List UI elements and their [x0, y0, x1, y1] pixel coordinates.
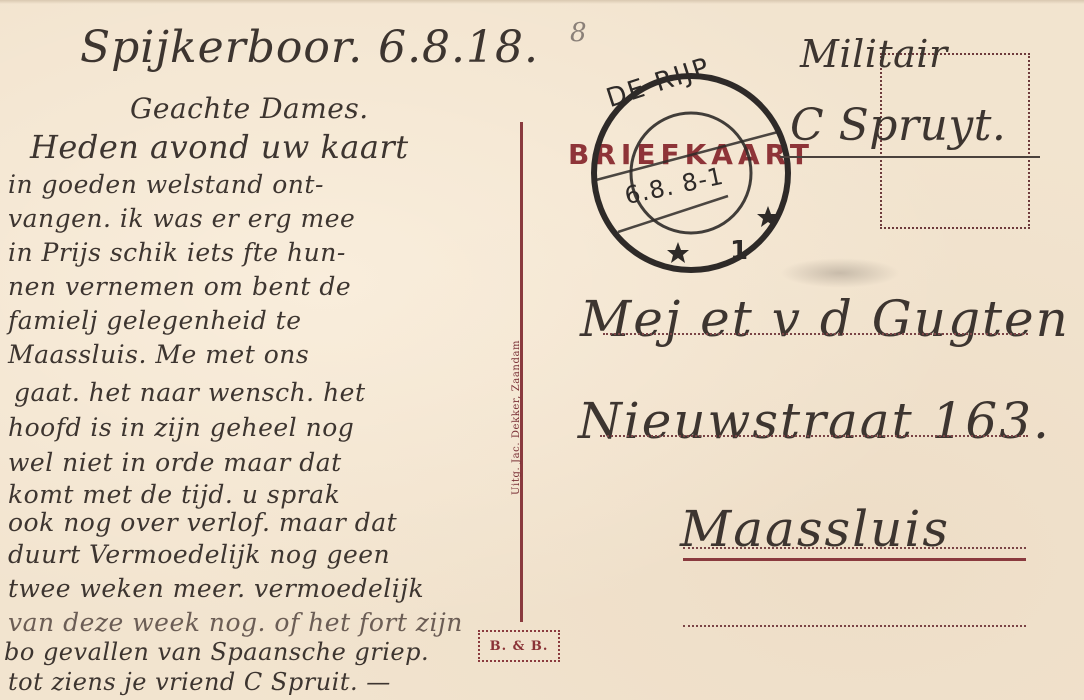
- message-place-date: Spijkerboor. 6.8.18.: [80, 22, 539, 73]
- address-dotted-line: [603, 333, 1028, 335]
- ink-smudge: [780, 258, 900, 288]
- message-line: Heden avond uw kaart: [30, 128, 409, 166]
- address-line-2: C Spruyt.: [790, 100, 1006, 151]
- message-line: nen vernemen om bent de: [8, 272, 351, 301]
- publisher-mark-text: B. & B.: [490, 639, 549, 654]
- address-line-5: Maassluis: [680, 500, 950, 558]
- message-line: hoofd is in zijn geheel nog: [8, 413, 354, 442]
- address-line-4: Nieuwstraat 163.: [578, 392, 1051, 450]
- publisher-mark: B. & B.: [478, 630, 560, 662]
- message-line: wel niet in orde maar dat: [8, 448, 342, 477]
- message-line: twee weken meer. vermoedelijk: [8, 574, 424, 603]
- message-line: in goeden welstand ont-: [8, 170, 324, 199]
- message-line: van deze week nog. of het fort zijn: [8, 608, 463, 637]
- message-line: ook nog over verlof. maar dat: [8, 508, 397, 537]
- postcard: 8 Spijkerboor. 6.8.18. Geachte Dames. He…: [0, 0, 1084, 700]
- address-line-3: Mej et v d Gugten: [580, 290, 1070, 348]
- underline-stroke: [780, 156, 1040, 158]
- message-line: gaat. het naar wensch. het: [14, 378, 366, 407]
- message-line: bo gevallen van Spaansche griep.: [4, 638, 429, 666]
- address-solid-rule: [683, 558, 1026, 561]
- address-dotted-line: [683, 625, 1026, 627]
- publisher-imprint: Uitg. Jac. Dekker, Zaandam: [511, 340, 522, 495]
- corner-number: 8: [570, 18, 587, 48]
- message-line: Maassluis. Me met ons: [8, 340, 309, 369]
- message-line: duurt Vermoedelijk nog geen: [8, 540, 390, 569]
- message-line: in Prijs schik iets fte hun-: [8, 238, 346, 267]
- message-line: vangen. ik was er erg mee: [8, 204, 355, 233]
- address-line-1: Militair: [800, 32, 948, 76]
- message-line: tot ziens je vriend C Spruit. —: [8, 668, 391, 696]
- message-line: famielj gelegenheid te: [8, 306, 302, 335]
- postmark-number: 1: [730, 236, 748, 266]
- message-salutation: Geachte Dames.: [130, 92, 369, 125]
- address-dotted-line: [600, 435, 1028, 437]
- card-edge: [0, 0, 1084, 4]
- address-dotted-line: [683, 547, 1026, 549]
- message-line: komt met de tijd. u sprak: [8, 480, 340, 509]
